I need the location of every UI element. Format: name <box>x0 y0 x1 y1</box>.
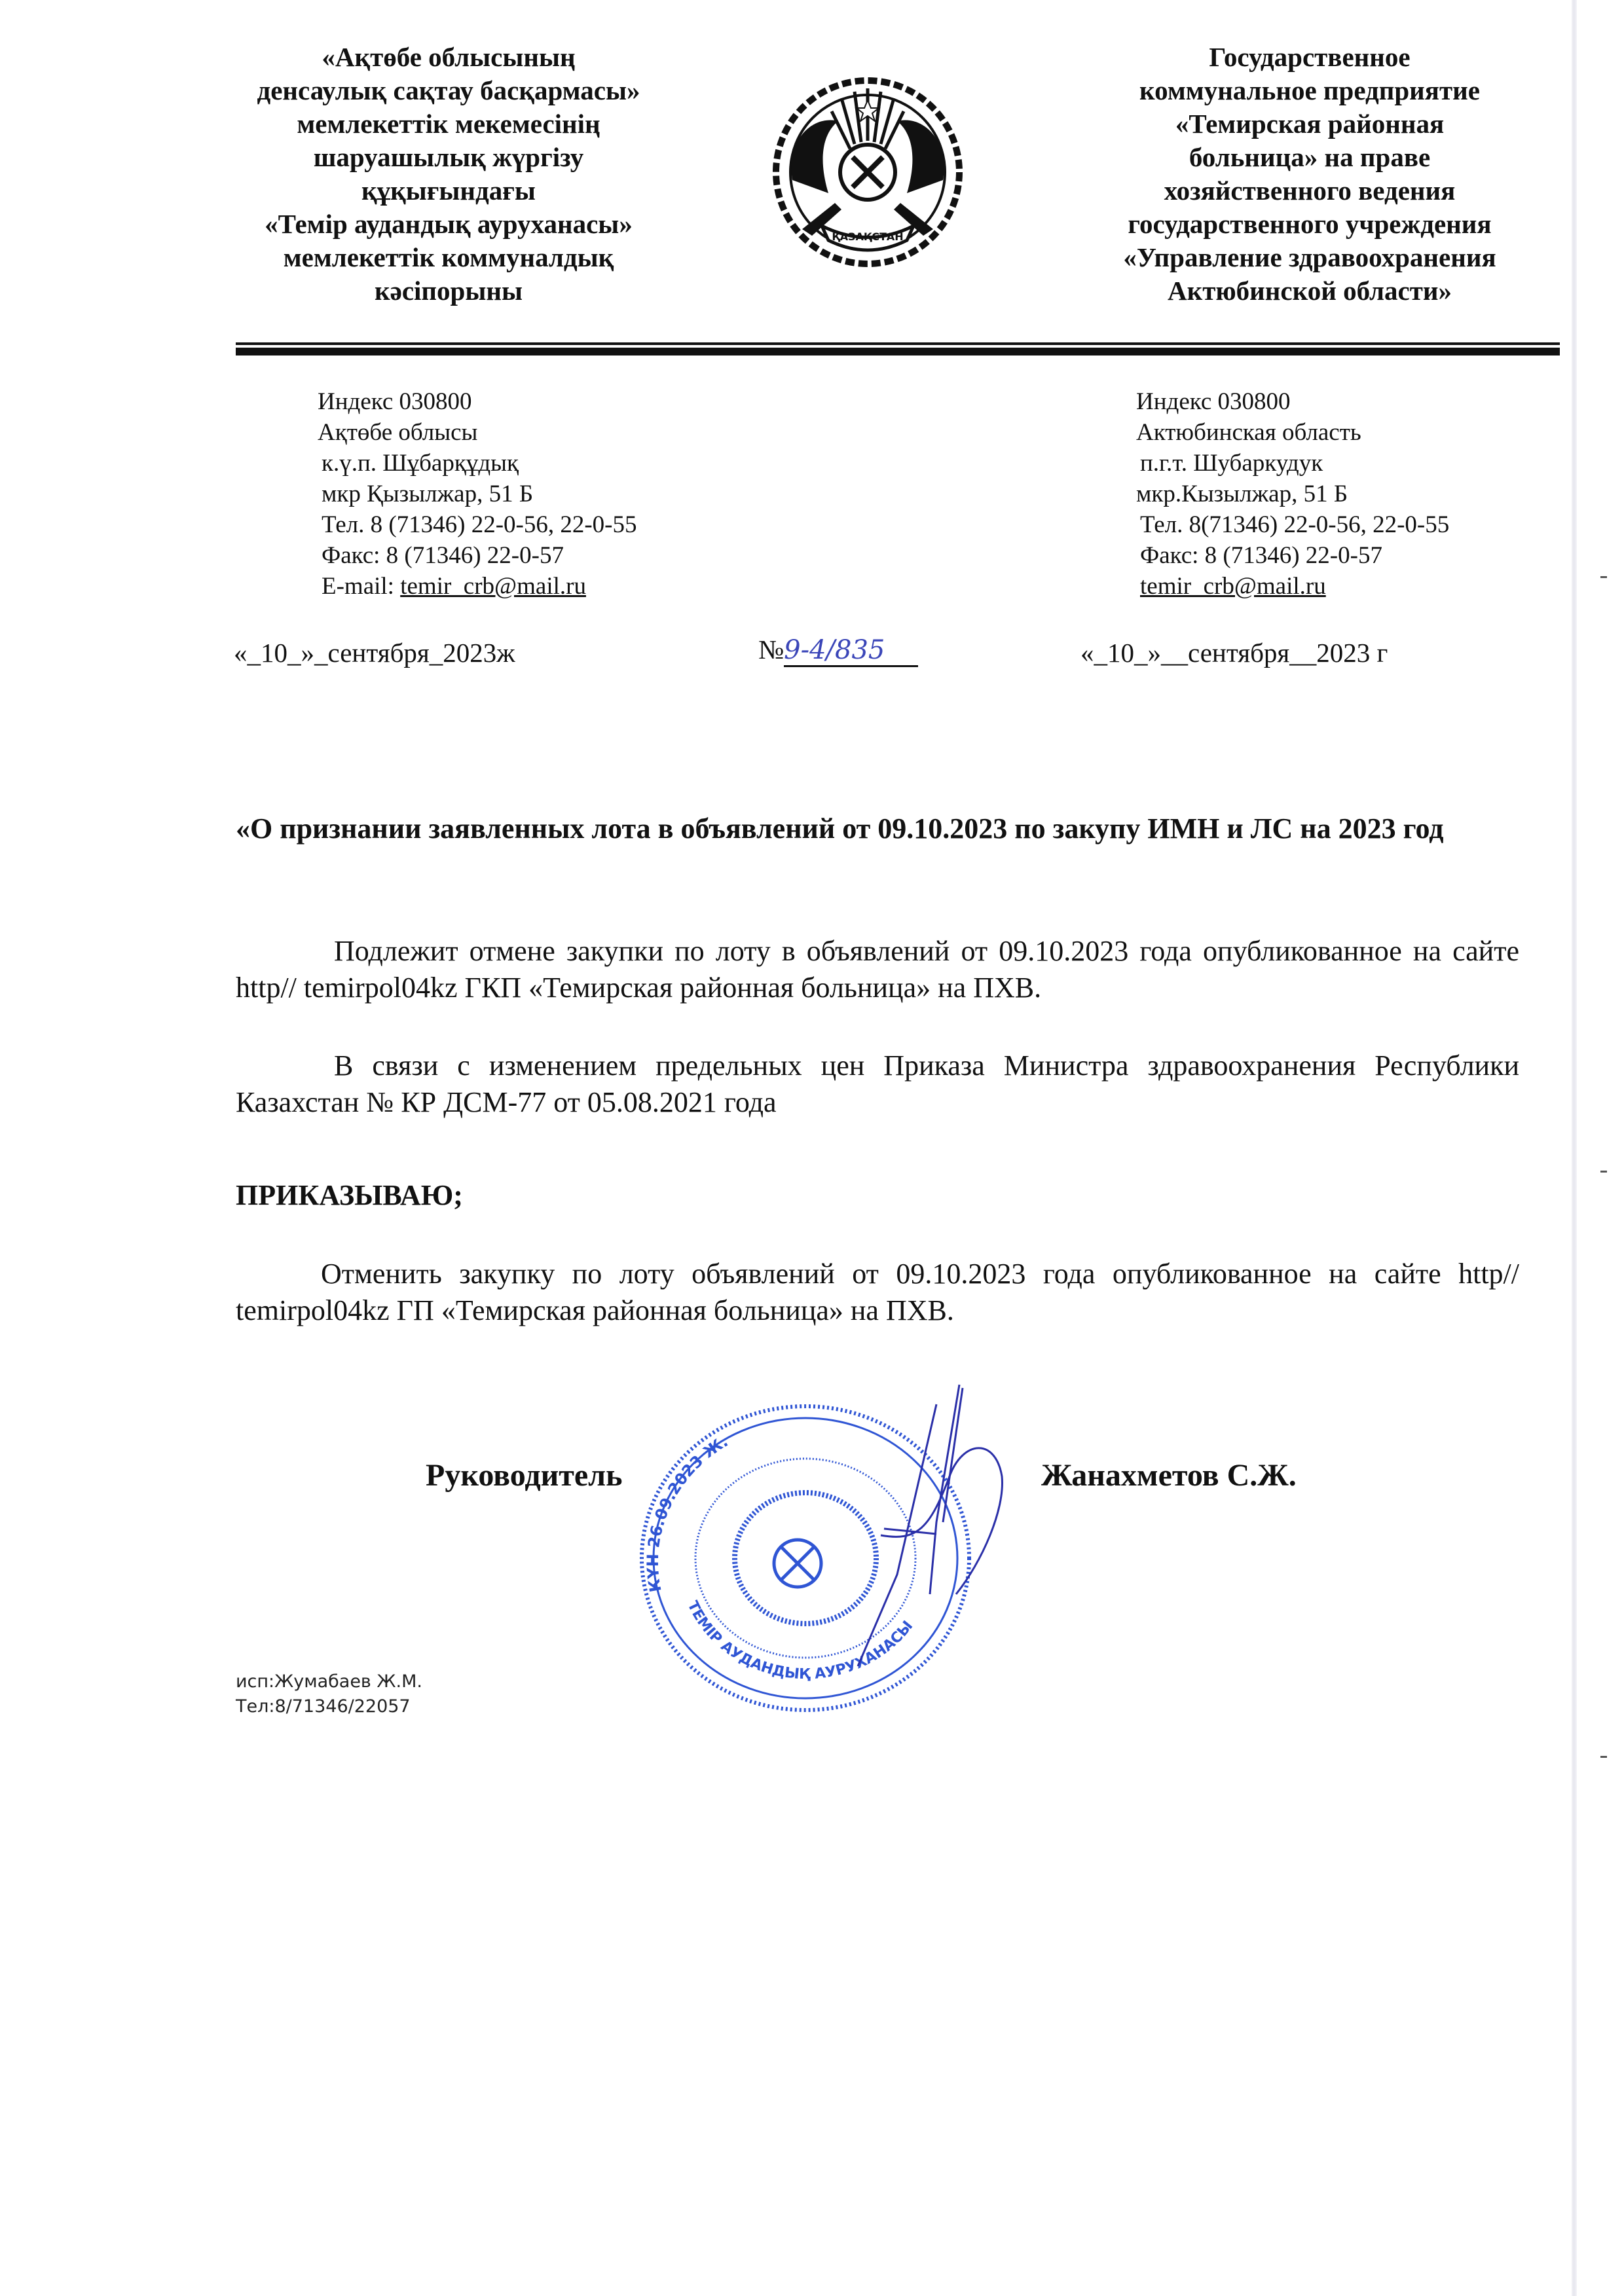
header-divider-thick <box>236 348 1560 355</box>
header-line: Государственное <box>1080 41 1539 74</box>
address-settlement: к.ү.п. Шұбарқұдық <box>318 448 637 479</box>
paragraph-cancellation: Подлежит отмене закупки по лоту в объявл… <box>236 933 1519 1006</box>
address-region: Ақтөбе облысы <box>318 417 637 448</box>
svg-text:КҮН 26.09.2023 Ж.: КҮН 26.09.2023 Ж. <box>644 1432 731 1594</box>
header-line: мемлекеттік коммуналдық <box>213 241 684 274</box>
header-line: кәсіпорыны <box>213 274 684 308</box>
header-line: «Ақтөбе облысының <box>213 41 684 74</box>
header-russian: Государственное коммунальное предприятие… <box>1080 41 1539 308</box>
scan-mark <box>1600 1756 1607 1758</box>
address-index: Индекс 030800 <box>1136 386 1449 417</box>
email-link[interactable]: temir_crb@mail.ru <box>400 573 586 600</box>
date-kazakh: «_10_»_сентября_2023ж <box>234 637 515 668</box>
order-heading: ПРИКАЗЫВАЮ; <box>236 1178 463 1212</box>
number-sign: № <box>758 634 784 665</box>
address-email-row: E-mail: temir_crb@mail.ru <box>318 571 637 602</box>
executor-phone: Тел:8/71346/22057 <box>236 1694 422 1719</box>
address-index: Индекс 030800 <box>318 386 637 417</box>
header-line: «Управление здравоохранения <box>1080 241 1539 274</box>
header-line: денсаулық сақтау басқармасы» <box>213 74 684 107</box>
header-line: «Темір аудандық ауруханасы» <box>213 208 684 241</box>
address-fax: Факс: 8 (71346) 22-0-57 <box>1136 540 1449 571</box>
address-settlement: п.г.т. Шубаркудук <box>1136 448 1449 479</box>
email-link[interactable]: temir_crb@mail.ru <box>1136 571 1449 602</box>
kazakhstan-emblem-icon: ҚАЗАҚСТАН <box>766 69 969 272</box>
address-phone: Тел. 8 (71346) 22-0-56, 22-0-55 <box>318 509 637 540</box>
header-line: коммунальное предприятие <box>1080 74 1539 107</box>
date-russian: «_10_»__сентября__2023 г <box>1080 637 1388 668</box>
signer-name: Жанахметов С.Ж. <box>1041 1457 1297 1493</box>
handwritten-signature-icon <box>819 1378 1067 1705</box>
header-line: шаруашылық жүргізу <box>213 141 684 174</box>
header-divider-thin <box>236 342 1560 345</box>
header-kazakh: «Ақтөбе облысының денсаулық сақтау басқа… <box>213 41 684 308</box>
header-line: Актюбинской области» <box>1080 274 1539 308</box>
svg-text:ҚАЗАҚСТАН: ҚАЗАҚСТАН <box>832 230 903 243</box>
scan-mark <box>1600 576 1607 578</box>
address-kazakh: Индекс 030800 Ақтөбе облысы к.ү.п. Шұбар… <box>318 386 637 602</box>
paragraph-order: Отменить закупку по лоту объявлений от 0… <box>236 1256 1519 1329</box>
registration-number: №9-4/835 <box>758 634 918 667</box>
address-street: мкр.Кызылжар, 51 Б <box>1136 479 1449 509</box>
header-line: государственного учреждения <box>1080 208 1539 241</box>
address-fax: Факс: 8 (71346) 22-0-57 <box>318 540 637 571</box>
header-line: мемлекеттік мекемесінің <box>213 107 684 141</box>
handwritten-reg-number: 9-4/835 <box>784 635 918 667</box>
email-label: E-mail: <box>322 573 400 600</box>
address-street: мкр Қызылжар, 51 Б <box>318 479 637 509</box>
executor-name: исп:Жумабаев Ж.М. <box>236 1669 422 1694</box>
header-line: «Темирская районная <box>1080 107 1539 141</box>
executor-info: исп:Жумабаев Ж.М. Тел:8/71346/22057 <box>236 1669 422 1719</box>
document-title: «О признании заявленных лота в объявлени… <box>236 811 1519 847</box>
address-russian: Индекс 030800 Актюбинская область п.г.т.… <box>1136 386 1449 602</box>
scan-edge <box>1572 0 1577 2296</box>
header-line: больница» на праве <box>1080 141 1539 174</box>
address-region: Актюбинская область <box>1136 417 1449 448</box>
scan-mark <box>1600 1171 1607 1173</box>
paragraph-reason: В связи с изменением предельных цен Прик… <box>236 1048 1519 1121</box>
header-line: хозяйственного ведения <box>1080 174 1539 208</box>
signer-position: Руководитель <box>426 1457 623 1493</box>
header-line: құқығындағы <box>213 174 684 208</box>
address-phone: Тел. 8(71346) 22-0-56, 22-0-55 <box>1136 509 1449 540</box>
